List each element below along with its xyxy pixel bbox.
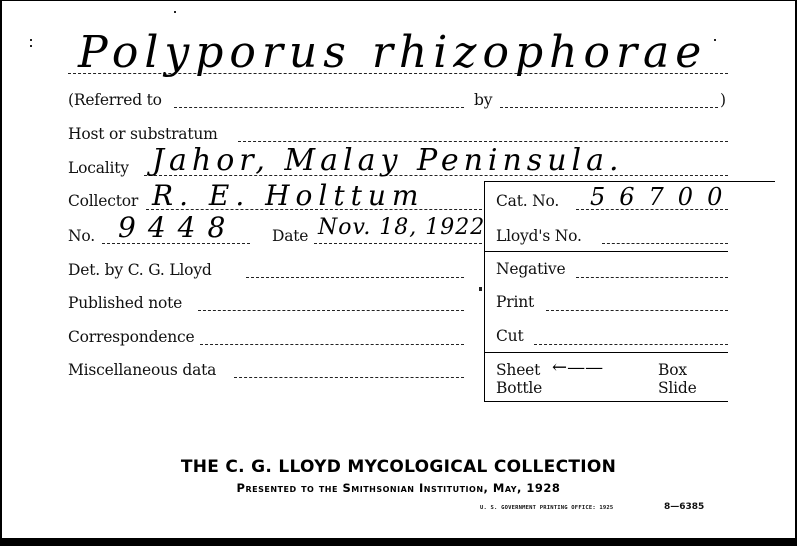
storage-bottle[interactable]: Bottle: [496, 379, 542, 397]
collection-title: THE C. G. LLOYD MYCOLOGICAL COLLECTION: [2, 457, 795, 477]
by-label: by: [474, 91, 492, 109]
by-field[interactable]: [500, 107, 718, 108]
det-by-field[interactable]: [246, 277, 464, 278]
number-value: 9448: [118, 211, 237, 244]
box-top-rule: [484, 181, 775, 182]
collector-value: R. E. Holttum: [152, 179, 424, 212]
negative-label: Negative: [496, 260, 565, 278]
print-field[interactable]: [546, 310, 728, 311]
published-note-field[interactable]: [198, 310, 464, 311]
scan-speck: [30, 39, 32, 41]
scan-speck: [714, 39, 716, 41]
printer-imprint: U. S. GOVERNMENT PRINTING OFFICE: 1925: [480, 505, 613, 511]
misc-label: Miscellaneous data: [68, 361, 216, 379]
correspondence-label: Correspondence: [68, 328, 195, 346]
box-bottom-rule: [484, 401, 728, 402]
correspondence-field[interactable]: [200, 344, 464, 345]
number-label: No.: [68, 227, 95, 245]
host-field[interactable]: [238, 141, 728, 142]
sheet-check-mark: ←——: [552, 357, 603, 378]
form-number: 8—6385: [664, 502, 704, 512]
box-rule-after-lloyds: [484, 251, 728, 252]
print-label: Print: [496, 293, 534, 311]
specimen-card: Polyporus rhizophorae (Referred to by ) …: [0, 0, 797, 546]
storage-sheet[interactable]: Sheet: [496, 361, 540, 379]
misc-field[interactable]: [234, 377, 464, 378]
lloyds-no-field[interactable]: [602, 243, 728, 244]
box-rule-after-cut: [484, 352, 728, 353]
storage-slide[interactable]: Slide: [658, 379, 697, 397]
referred-to-label: (Referred to: [68, 91, 162, 109]
scan-speck: [479, 287, 482, 291]
cat-no-label: Cat. No.: [496, 192, 559, 210]
scan-speck: [174, 11, 176, 13]
negative-field[interactable]: [576, 277, 728, 278]
locality-value: Jahor, Malay Peninsula.: [152, 143, 624, 178]
lloyds-no-label: Lloyd's No.: [496, 227, 582, 245]
scan-speck: [30, 45, 32, 47]
collection-subtitle: Presented to the Smithsonian Institution…: [2, 481, 795, 495]
host-label: Host or substratum: [68, 125, 218, 143]
date-label: Date: [272, 227, 308, 245]
by-close-paren: ): [720, 91, 726, 109]
storage-box[interactable]: Box: [658, 361, 687, 379]
locality-label: Locality: [68, 159, 129, 177]
date-value: Nov. 18, 1922: [318, 215, 485, 240]
det-by-label: Det. by C. G. Lloyd: [68, 261, 212, 279]
cat-no-value: 56700: [590, 183, 736, 211]
species-name: Polyporus rhizophorae: [78, 27, 707, 78]
referred-to-field[interactable]: [174, 107, 464, 108]
date-field[interactable]: [314, 243, 482, 244]
collector-label: Collector: [68, 192, 138, 210]
cut-label: Cut: [496, 327, 523, 345]
cut-field[interactable]: [534, 344, 728, 345]
published-note-label: Published note: [68, 294, 182, 312]
